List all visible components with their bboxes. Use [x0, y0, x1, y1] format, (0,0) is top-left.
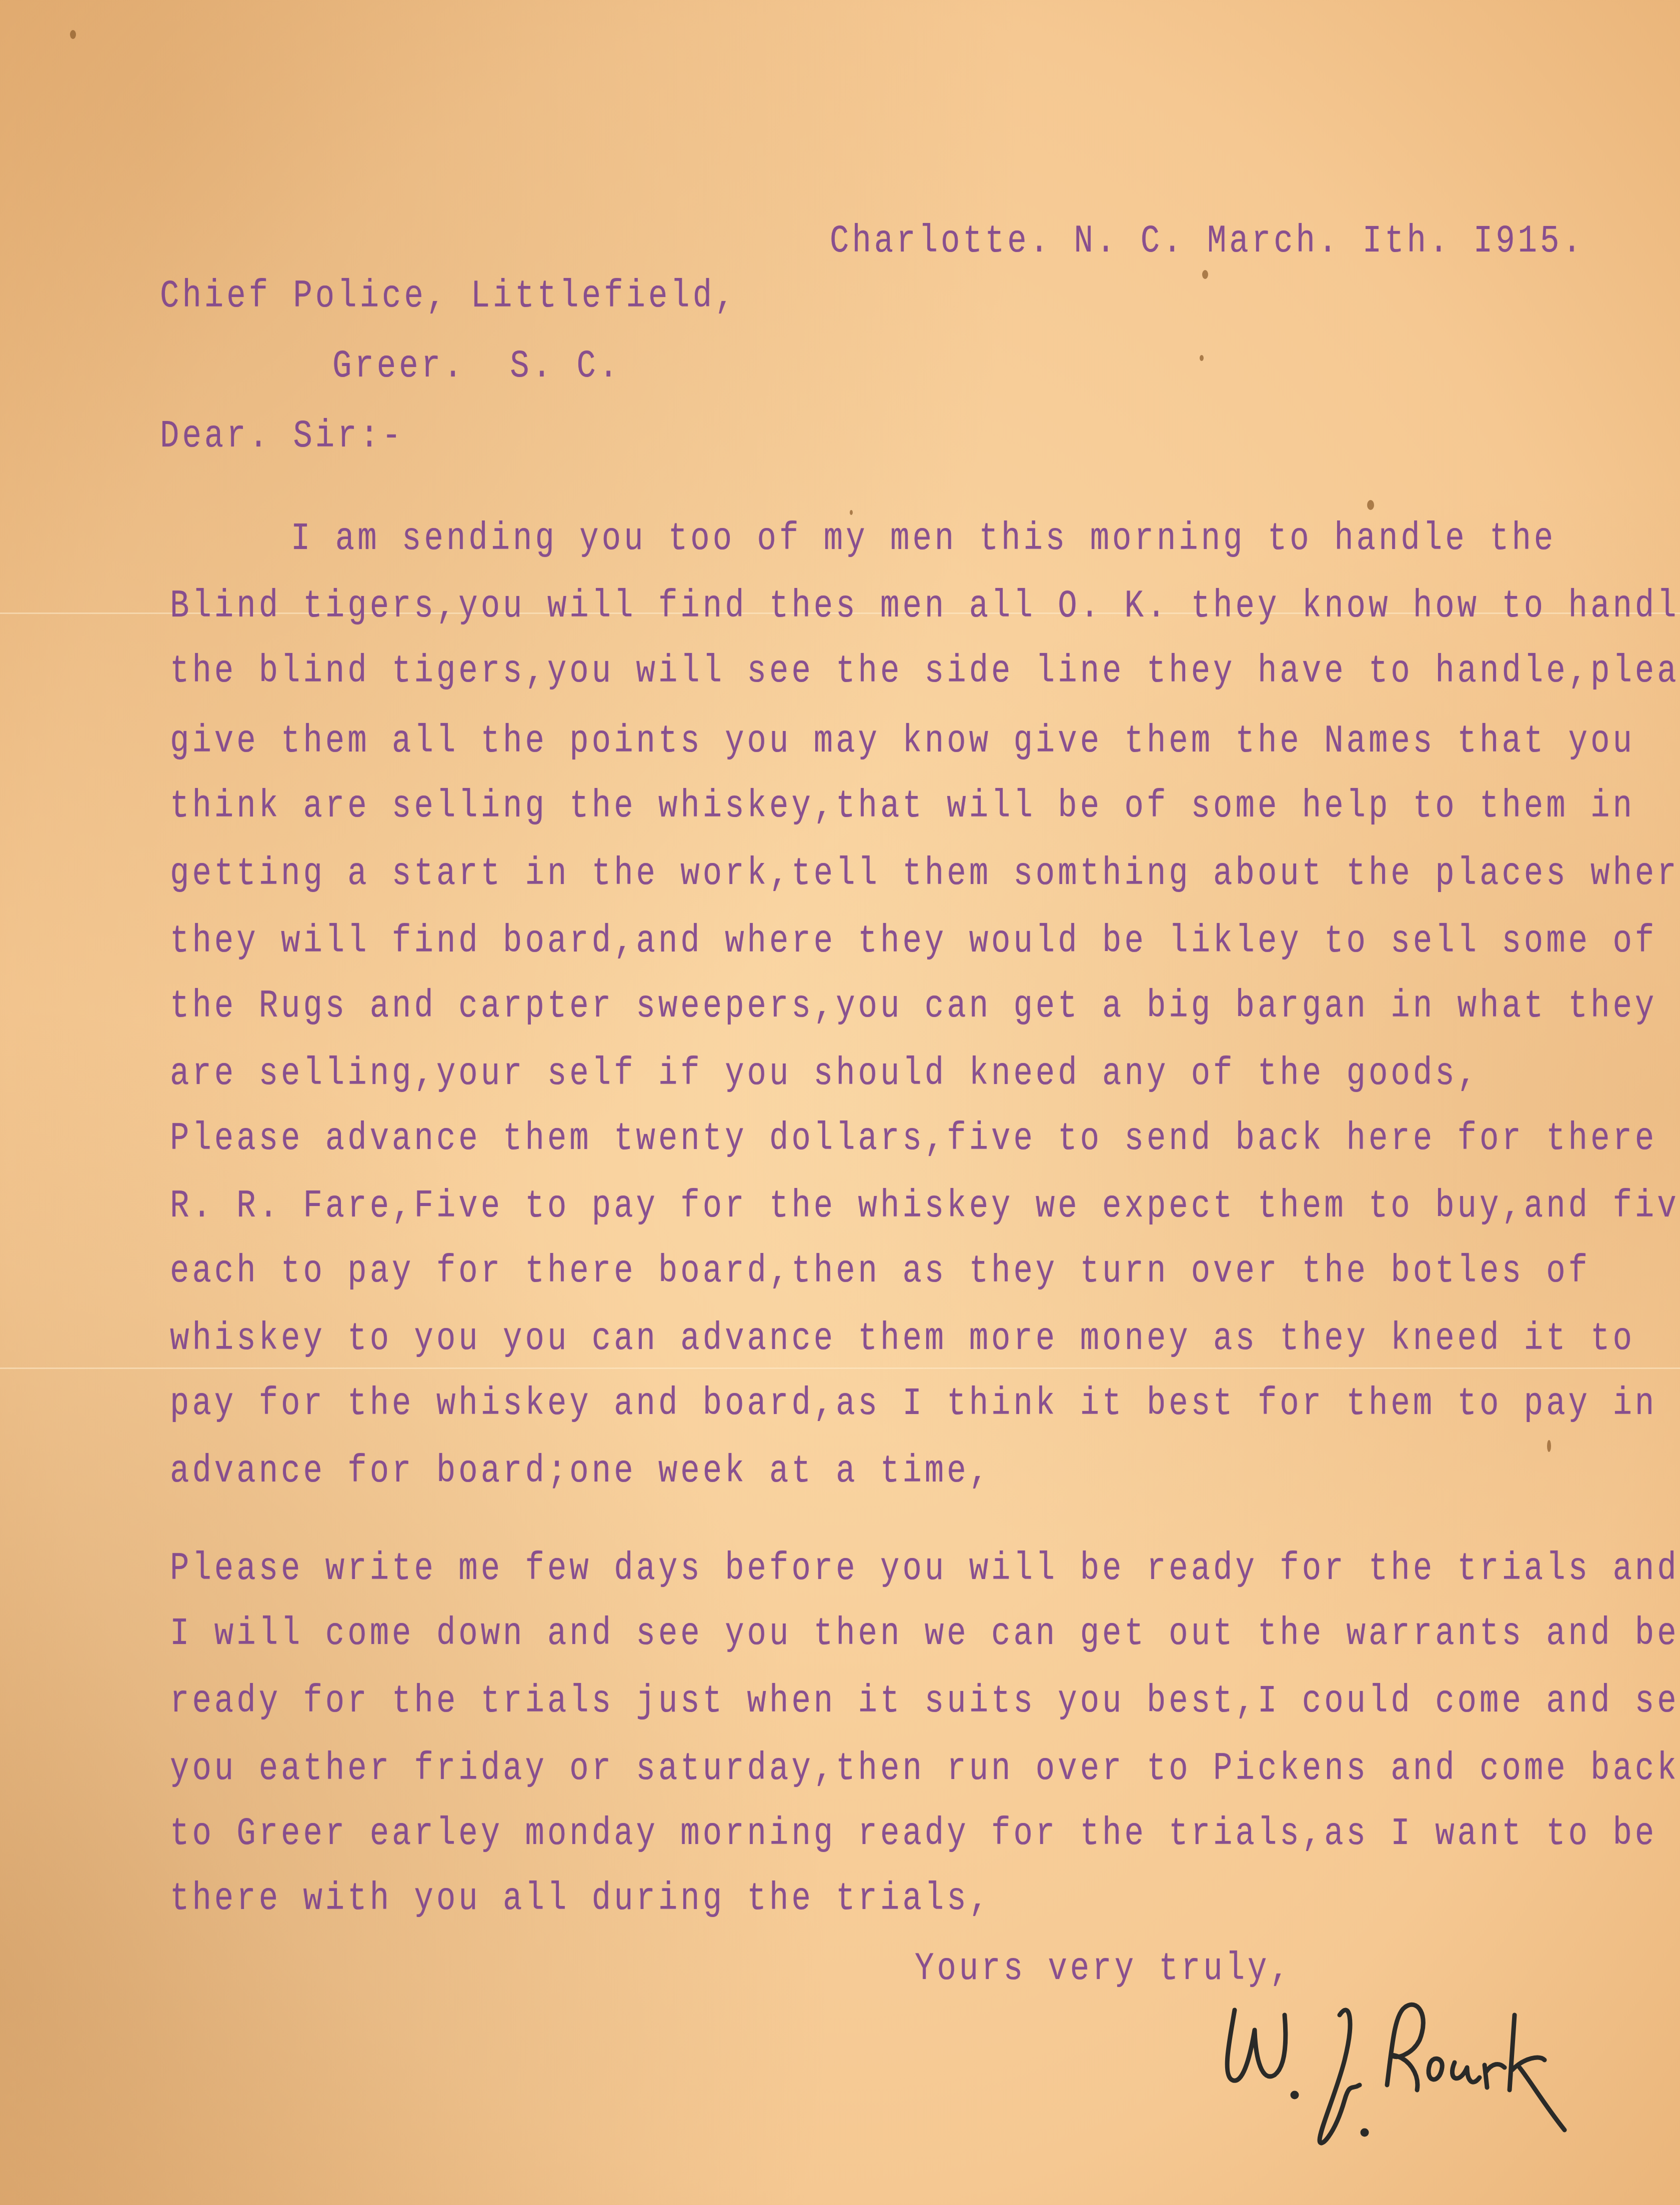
body-line: advance for board;one week at a time,	[170, 1450, 991, 1494]
body-line: are selling,your self if you should knee…	[170, 1052, 1480, 1096]
body-line: there with you all during the trials,	[170, 1877, 991, 1921]
handwritten-signature: W. J. Roark	[1220, 1960, 1650, 2160]
body-line: pay for the whiskey and board,as I think…	[170, 1382, 1657, 1426]
body-line: getting a start in the work,tell them so…	[170, 852, 1680, 896]
recipient-name: Chief Police, Littlefield,	[160, 275, 737, 319]
letter-dateline: Charlotte. N. C. March. Ith. I915.	[830, 220, 1585, 264]
body-line: Blind tigers,you will find thes men all …	[170, 585, 1680, 629]
body-line: ready for the trials just when it suits …	[170, 1680, 1680, 1724]
paper-fold-line	[0, 1367, 1680, 1369]
body-line: the blind tigers,you will see the side l…	[170, 650, 1680, 694]
body-line: I will come down and see you then we can…	[170, 1612, 1680, 1656]
body-line: think are selling the whiskey,that will …	[170, 785, 1635, 829]
body-line: I am sending you too of my men this morn…	[180, 517, 1556, 561]
body-line: Please advance them twenty dollars,five …	[170, 1117, 1657, 1161]
body-line: they will find board,and where they woul…	[170, 920, 1657, 964]
body-line: Please write me few days before you will…	[170, 1547, 1680, 1591]
body-line: whiskey to you you can advance them more…	[170, 1317, 1635, 1361]
body-line: give them all the points you may know gi…	[170, 720, 1635, 764]
body-line: R. R. Fare,Five to pay for the whiskey w…	[170, 1185, 1680, 1229]
body-line: to Greer earley monday morning ready for…	[170, 1812, 1657, 1856]
body-line: the Rugs and carpter sweepers,you can ge…	[170, 985, 1657, 1029]
paper-speck	[850, 510, 853, 515]
body-line: each to pay for there board,then as they…	[170, 1250, 1591, 1294]
paper-speck	[1200, 355, 1204, 361]
body-line: you eather friday or saturday,then run o…	[170, 1747, 1680, 1791]
paper-speck	[1367, 500, 1374, 510]
paper-speck	[70, 30, 76, 39]
recipient-location: Greer. S. C.	[332, 345, 621, 389]
paper-speck	[1202, 270, 1208, 279]
paper-speck	[1547, 1440, 1551, 1452]
letter-page: Charlotte. N. C. March. Ith. I915. Chief…	[0, 0, 1680, 2205]
salutation: Dear. Sir:-	[160, 415, 404, 459]
